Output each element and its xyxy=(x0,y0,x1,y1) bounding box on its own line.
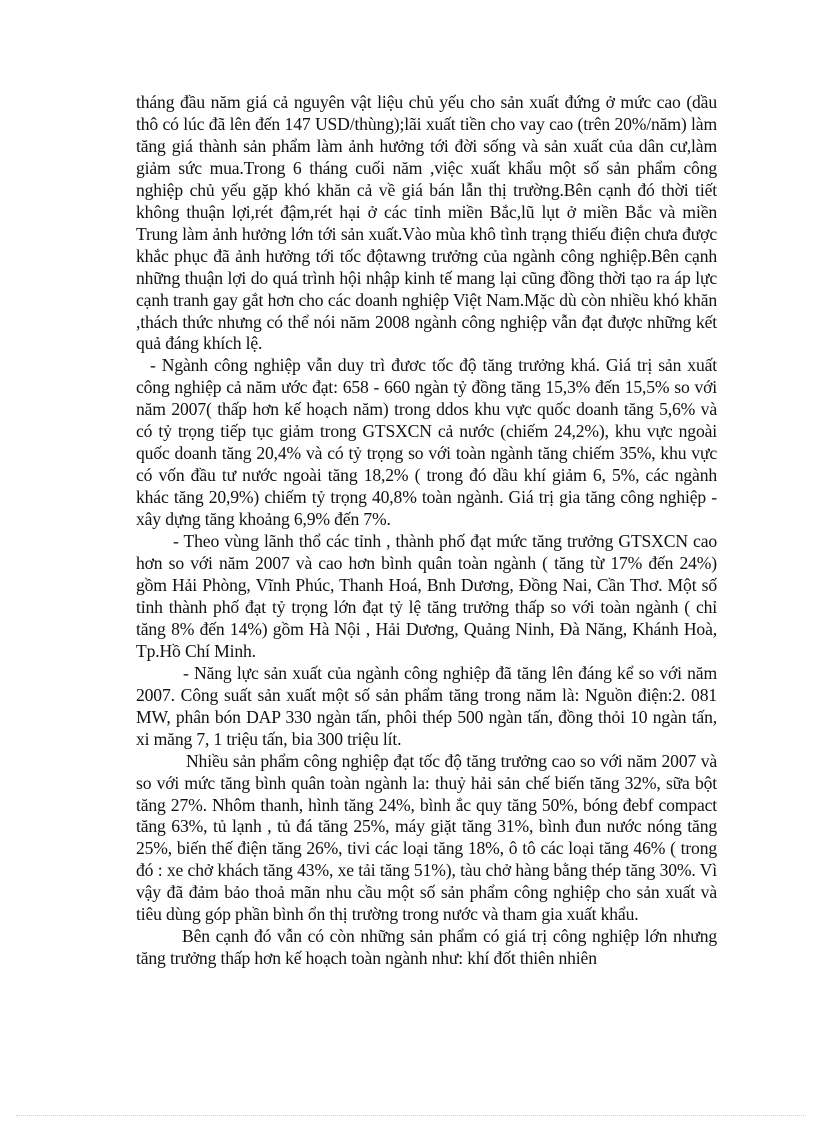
paragraph-production-capacity: - Năng lực sản xuất của ngành công nghiệ… xyxy=(136,663,717,751)
paragraph-low-growth-products: Bên cạnh đó vẫn có còn những sản phẩm có… xyxy=(136,926,717,970)
page-bottom-dotted-rule xyxy=(16,1115,806,1116)
paragraph-regional-growth: - Theo vùng lãnh thổ các tỉnh , thành ph… xyxy=(136,531,717,663)
paragraph-high-growth-products: Nhiều sản phẩm công nghiệp đạt tốc độ tă… xyxy=(136,751,717,927)
paragraph-intro-difficulties: tháng đầu năm giá cả nguyên vật liệu chủ… xyxy=(136,92,717,355)
document-page: tháng đầu năm giá cả nguyên vật liệu chủ… xyxy=(0,0,816,1123)
document-body: tháng đầu năm giá cả nguyên vật liệu chủ… xyxy=(136,92,717,970)
paragraph-industry-growth: - Ngành công nghiệp vẫn duy trì đươc tốc… xyxy=(136,355,717,531)
